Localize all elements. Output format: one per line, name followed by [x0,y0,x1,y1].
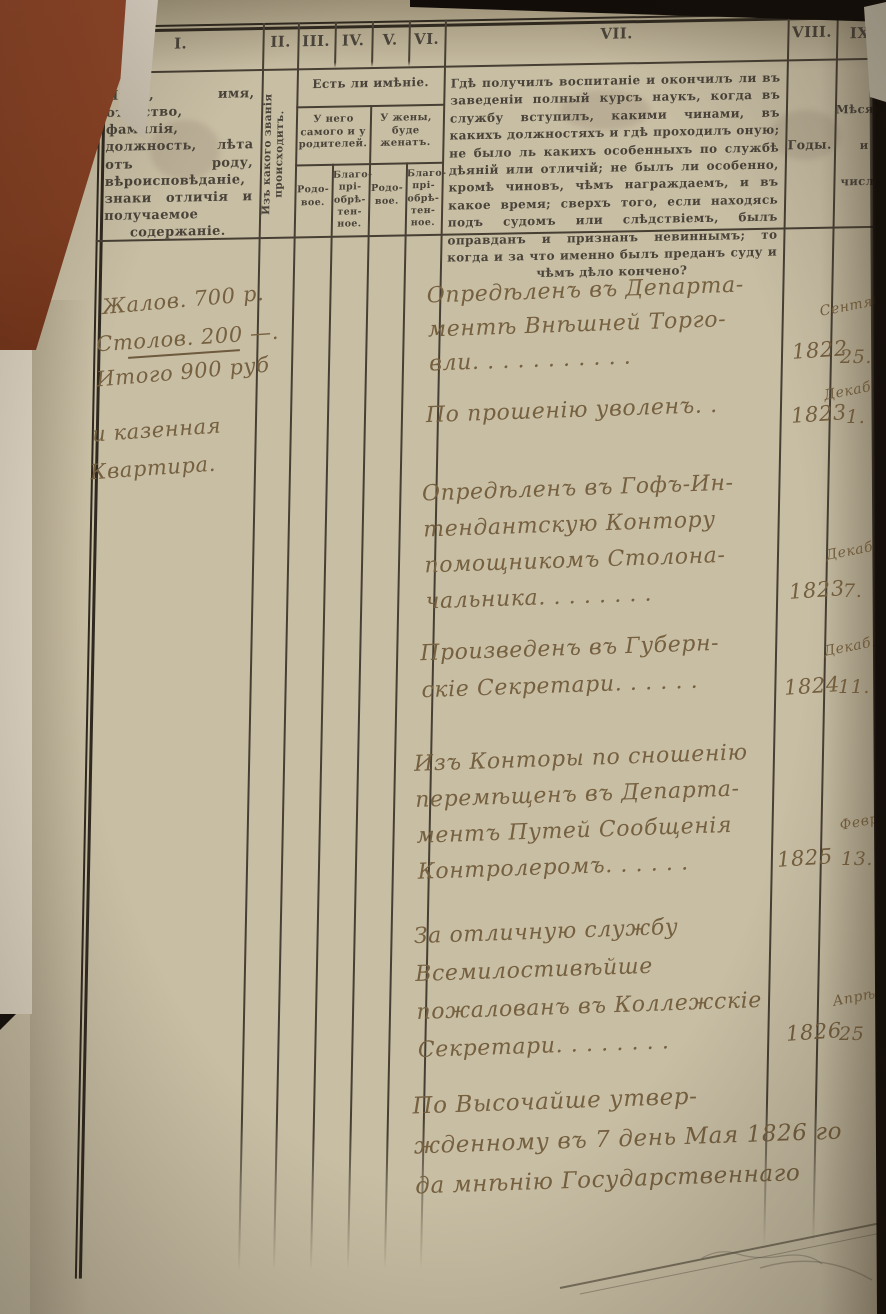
photographed-service-record-page: I. II. III. IV. V. VI. VII. VIII. IX. Чи… [0,0,886,1314]
page-crease-marks [0,0,886,1314]
